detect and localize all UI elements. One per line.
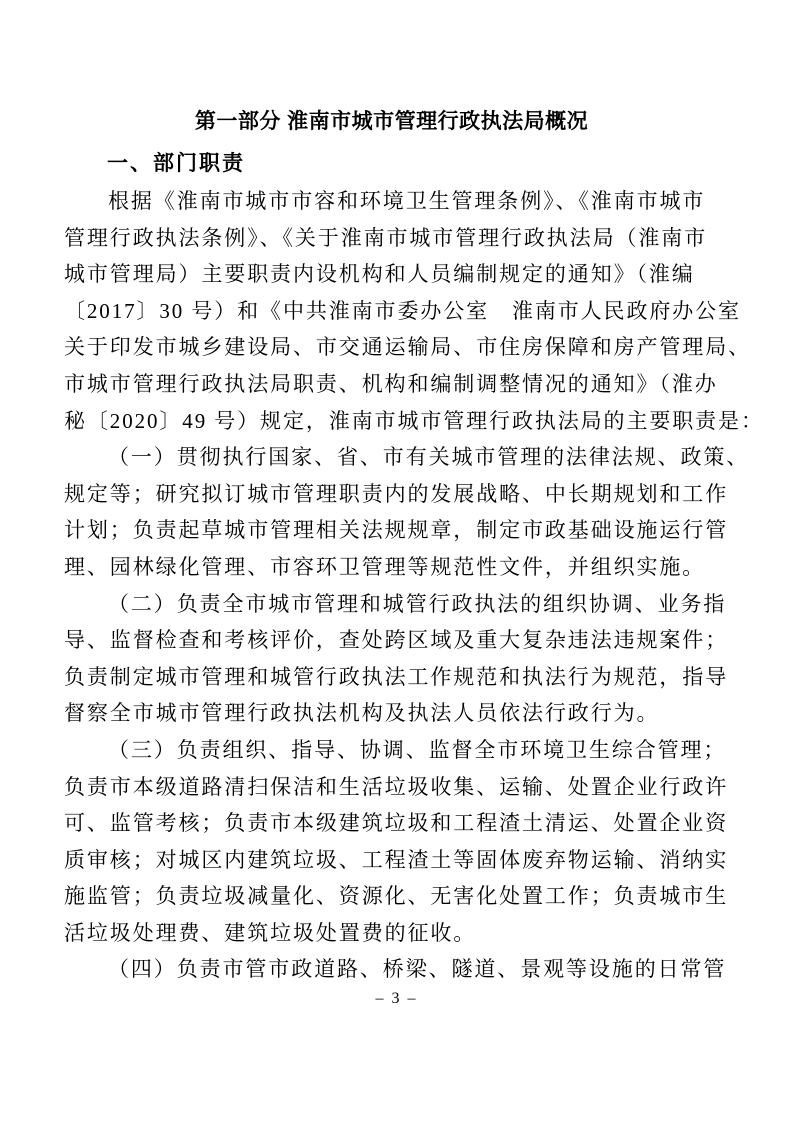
text-line: （三）负责组织、指导、协调、监督全市环境卫生综合管理； (64, 732, 729, 769)
text-line: 根据《淮南市城市市容和环境卫生管理条例》、《淮南市城市 (64, 183, 729, 220)
document-body: 根据《淮南市城市市容和环境卫生管理条例》、《淮南市城市管理行政执法条例》、《关于… (64, 183, 729, 988)
text-line: 督察全市城市管理行政执法机构及执法人员依法行政行为。 (64, 695, 729, 732)
text-line: 施监管；负责垃圾减量化、资源化、无害化处置工作；负责城市生 (64, 878, 729, 915)
text-line: （一）贯彻执行国家、省、市有关城市管理的法律法规、政策、 (64, 439, 729, 476)
text-line: 负责市本级道路清扫保洁和生活垃圾收集、运输、处置企业行政许 (64, 769, 729, 806)
text-line: 管理行政执法条例》、《关于淮南市城市管理行政执法局（淮南市 (64, 220, 729, 257)
text-line: 负责制定城市管理和城管行政执法工作规范和执法行为规范，指导 (64, 659, 729, 696)
text-line: 规定等；研究拟订城市管理职责内的发展战略、中长期规划和工作 (64, 476, 729, 513)
document-page: 第一部分 淮南市城市管理行政执法局概况 一、部门职责 根据《淮南市城市市容和环境… (0, 0, 793, 1122)
text-line: 城市管理局）主要职责内设机构和人员编制规定的通知》（淮编 (64, 256, 729, 293)
section-heading: 一、部门职责 (64, 148, 729, 180)
text-line: 关于印发市城乡建设局、市交通运输局、市住房保障和房产管理局、 (64, 329, 729, 366)
text-line: 可、监管考核；负责市本级建筑垃圾和工程渣土清运、处置企业资 (64, 805, 729, 842)
text-line: 秘〔2020〕49 号）规定，淮南市城市管理行政执法局的主要职责是： (64, 403, 729, 440)
text-line: （二）负责全市城市管理和城管行政执法的组织协调、业务指 (64, 586, 729, 623)
text-line: 市城市管理行政执法局职责、机构和编制调整情况的通知》（淮办 (64, 366, 729, 403)
text-line: 〔2017〕30 号）和《中共淮南市委办公室 淮南市人民政府办公室 (64, 293, 729, 330)
text-line: 导、监督检查和考核评价，查处跨区域及重大复杂违法违规案件； (64, 622, 729, 659)
text-line: 活垃圾处理费、建筑垃圾处置费的征收。 (64, 915, 729, 952)
text-line: 理、园林绿化管理、市容环卫管理等规范性文件，并组织实施。 (64, 549, 729, 586)
text-line: 质审核；对城区内建筑垃圾、工程渣土等固体废弃物运输、消纳实 (64, 842, 729, 879)
text-line: （四）负责市管市政道路、桥梁、隧道、景观等设施的日常管 (64, 951, 729, 988)
document-title: 第一部分 淮南市城市管理行政执法局概况 (54, 106, 729, 138)
text-line: 计划；负责起草城市管理相关法规规章，制定市政基础设施运行管 (64, 512, 729, 549)
page-number: – 3 – (0, 989, 793, 1009)
